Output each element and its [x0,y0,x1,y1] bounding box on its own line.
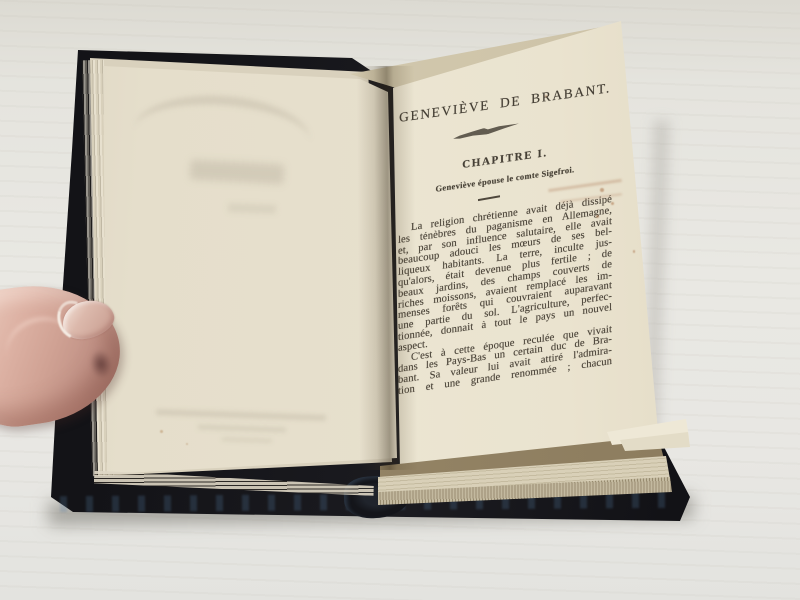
foxing-spot [609,358,611,360]
foxing-spot [545,95,547,97]
photo-open-antique-book: GENEVIÈVE DE BRABANT. CHAPITRE I. Genevi… [0,0,800,600]
foxing-spot [633,250,635,253]
foxing-spot [596,215,599,218]
body-text: La religion chrétienne avait déjà dissip… [398,195,612,398]
flourish-ornament-icon [453,121,519,142]
foxing-spot [160,430,163,433]
right-page-text: GENEVIÈVE DE BRABANT. CHAPITRE I. Genevi… [398,62,612,398]
foxing-spot [186,443,188,445]
foxing-spot [611,202,614,205]
foxing-spot [600,188,604,192]
gutter-shadow [356,66,418,470]
dash-ornament-icon [478,195,500,201]
running-title: GENEVIÈVE DE BRABANT. [398,80,612,126]
